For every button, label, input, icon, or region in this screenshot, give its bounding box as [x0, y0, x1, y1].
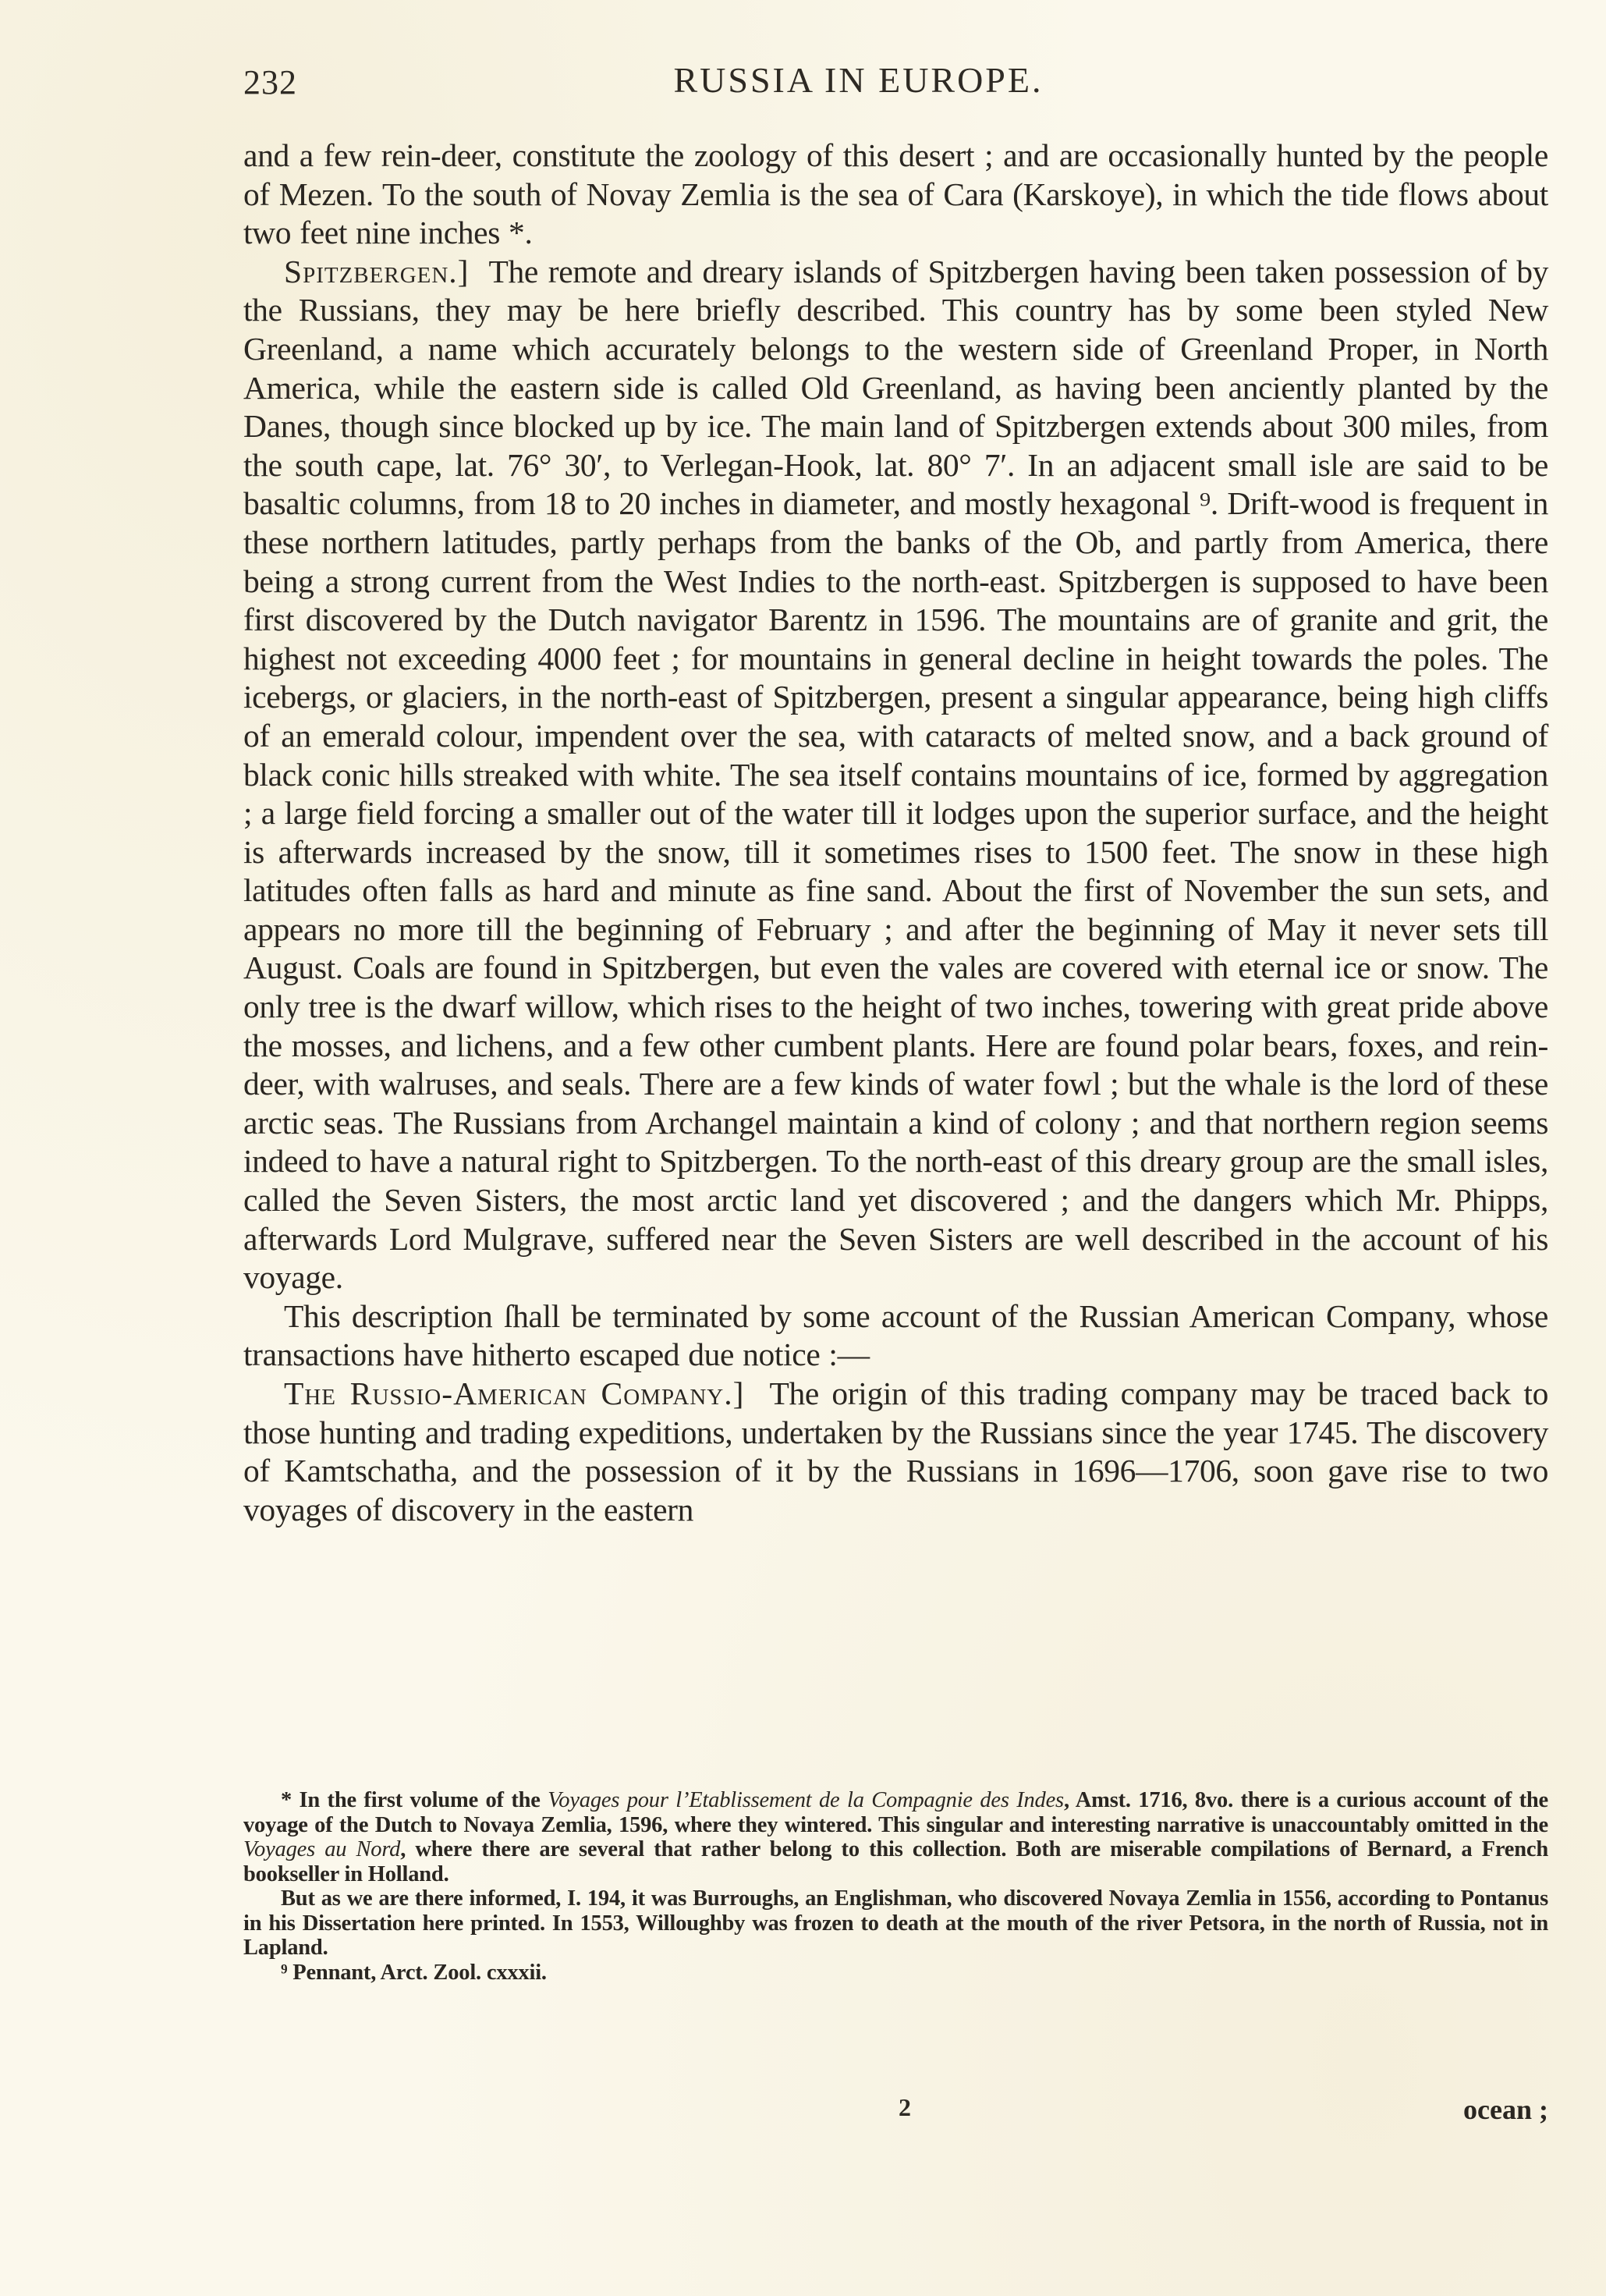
catchword: ocean ;: [1463, 2093, 1548, 2126]
footnote-star-continuation: But as we are there informed, I. 194, it…: [243, 1886, 1548, 1961]
section-heading-russio-american: The Russio-American Company.]: [284, 1375, 744, 1411]
running-title: RUSSIA IN EUROPE.: [206, 59, 1511, 101]
footnote-book-title: Voyages au Nord: [243, 1837, 400, 1861]
paragraph-transition: This description ſhall be terminated by …: [243, 1297, 1548, 1375]
section-heading-spitzbergen: Spitzbergen.]: [284, 254, 470, 289]
footnote-star: * In the first volume of the Voyages pou…: [243, 1788, 1548, 1886]
footnote-9: ⁹ Pennant, Arct. Zool. cxxxii.: [243, 1961, 1548, 1985]
paragraph-russio-american: The Russio-American Company.] The origin…: [243, 1375, 1548, 1529]
footnote-star-text-c: , where there are several that rather be…: [243, 1837, 1548, 1886]
book-page: 232 RUSSIA IN EUROPE. and a few rein-dee…: [0, 0, 1606, 2296]
paragraph-zoology: and a few rein-deer, constitute the zool…: [243, 137, 1548, 253]
paragraph-spitzbergen: Spitzbergen.] The remote and dreary isla…: [243, 253, 1548, 1297]
signature-mark: 2: [899, 2093, 911, 2122]
running-head: 232 RUSSIA IN EUROPE.: [243, 55, 1548, 101]
footnote-book-title: Voyages pour l’Etablissement de la Compa…: [548, 1788, 1064, 1812]
paragraph-spitzbergen-text: The remote and dreary islands of Spitzbe…: [243, 254, 1548, 1295]
body-text: and a few rein-deer, constitute the zool…: [243, 137, 1548, 1529]
footnote-star-text-a: * In the first volume of the: [281, 1788, 548, 1812]
footnotes: * In the first volume of the Voyages pou…: [243, 1788, 1548, 1985]
